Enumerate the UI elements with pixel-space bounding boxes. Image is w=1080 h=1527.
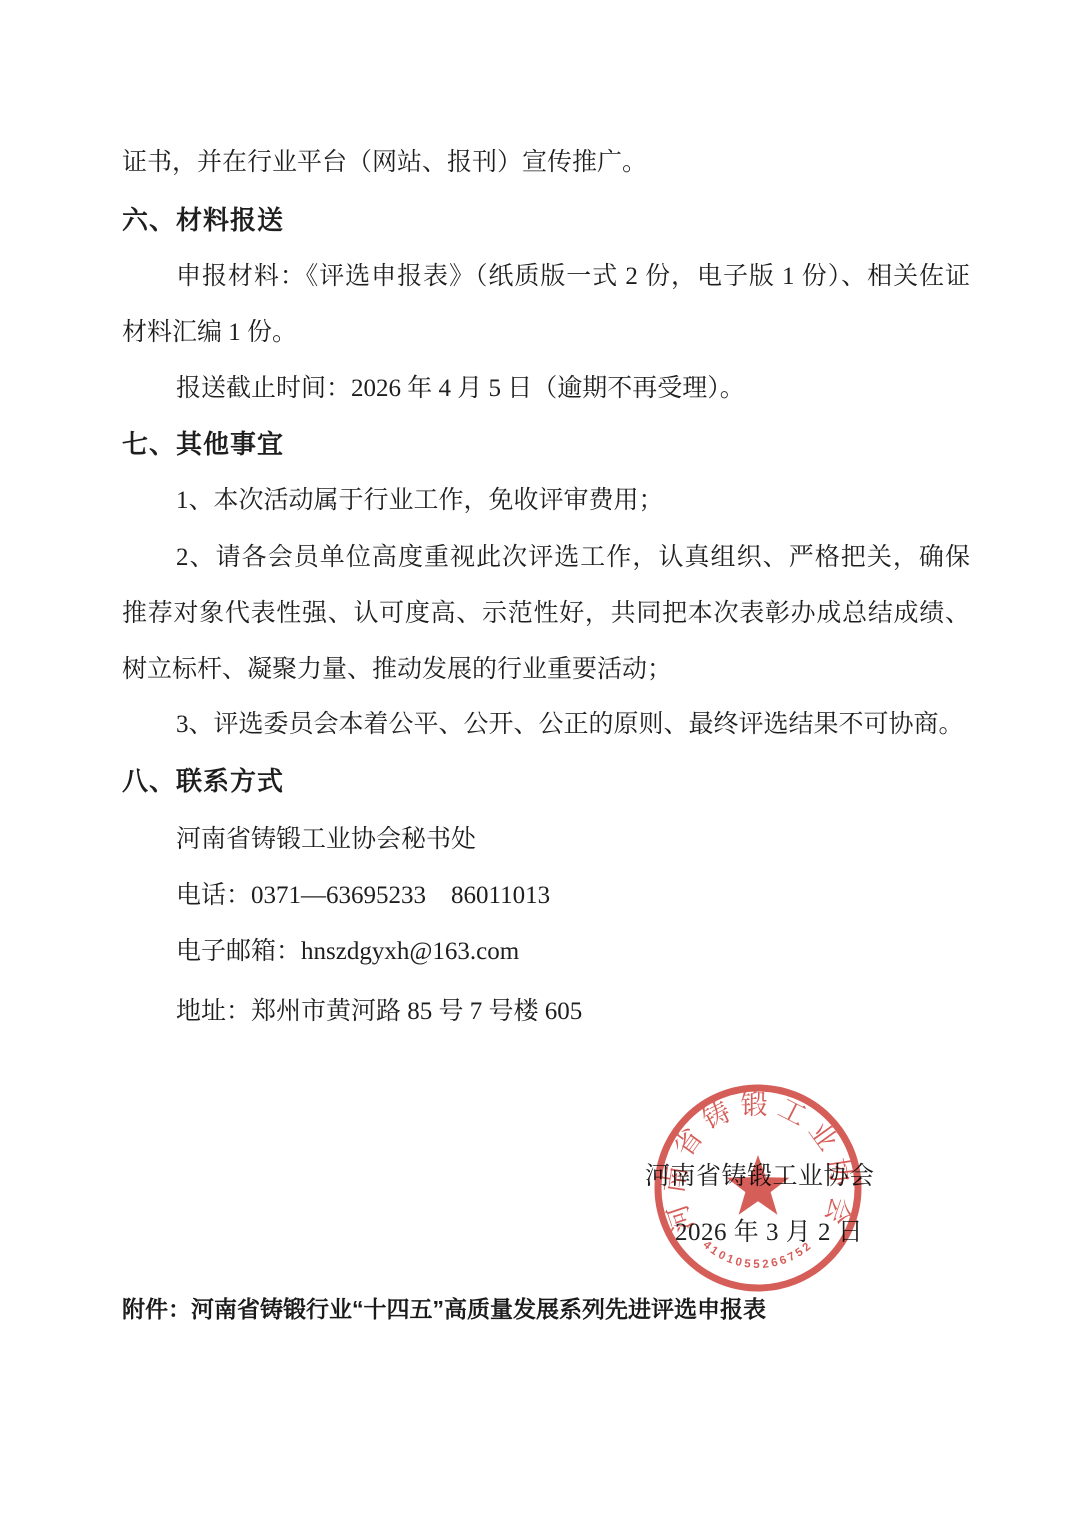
line-deadline: 报送截止时间：2026 年 4 月 5 日（逾期不再受理）。: [176, 374, 745, 404]
heading-section-8-contact: 八、联系方式: [122, 766, 284, 796]
line-materials-1: 申报材料：《评选申报表》（纸质版一式 2 份，电子版 1 份）、相关佐证: [176, 262, 970, 292]
line-item-2a: 2、请各会员单位高度重视此次评选工作，认真组织、严格把关，确保: [176, 543, 970, 573]
document-page: 证书，并在行业平台（网站、报刊）宣传推广。 六、材料报送 申报材料：《评选申报表…: [0, 0, 1080, 1527]
line-org-office: 河南省铸锻工业协会秘书处: [176, 825, 476, 855]
line-email: 电子邮箱：hnszdgyxh@163.com: [176, 937, 519, 967]
signature-date: 2026 年 3 月 2 日: [675, 1219, 863, 1247]
line-address: 地址：郑州市黄河路 85 号 7 号楼 605: [176, 997, 582, 1027]
signature-org: 河南省铸锻工业协会: [645, 1163, 875, 1191]
line-item-3: 3、评选委员会本着公平、公开、公正的原则、最终评选结果不可协商。: [176, 710, 964, 740]
line-cert-promo: 证书，并在行业平台（网站、报刊）宣传推广。: [122, 148, 647, 178]
heading-section-7-other-matters: 七、其他事宜: [122, 429, 284, 459]
line-item-2c: 树立标杆、凝聚力量、推动发展的行业重要活动；: [122, 655, 672, 685]
line-item-2b: 推荐对象代表性强、认可度高、示范性好，共同把本次表彰办成总结成绩、: [122, 599, 970, 629]
line-phone: 电话：0371—63695233 86011013: [176, 881, 550, 911]
line-materials-2: 材料汇编 1 份。: [122, 318, 297, 348]
line-item-1: 1、本次活动属于行业工作，免收评审费用；: [176, 486, 664, 516]
attachment-note: 附件：河南省铸锻行业“十四五”高质量发展系列先进评选申报表: [122, 1296, 766, 1323]
heading-section-6-material-submission: 六、材料报送: [122, 205, 284, 235]
